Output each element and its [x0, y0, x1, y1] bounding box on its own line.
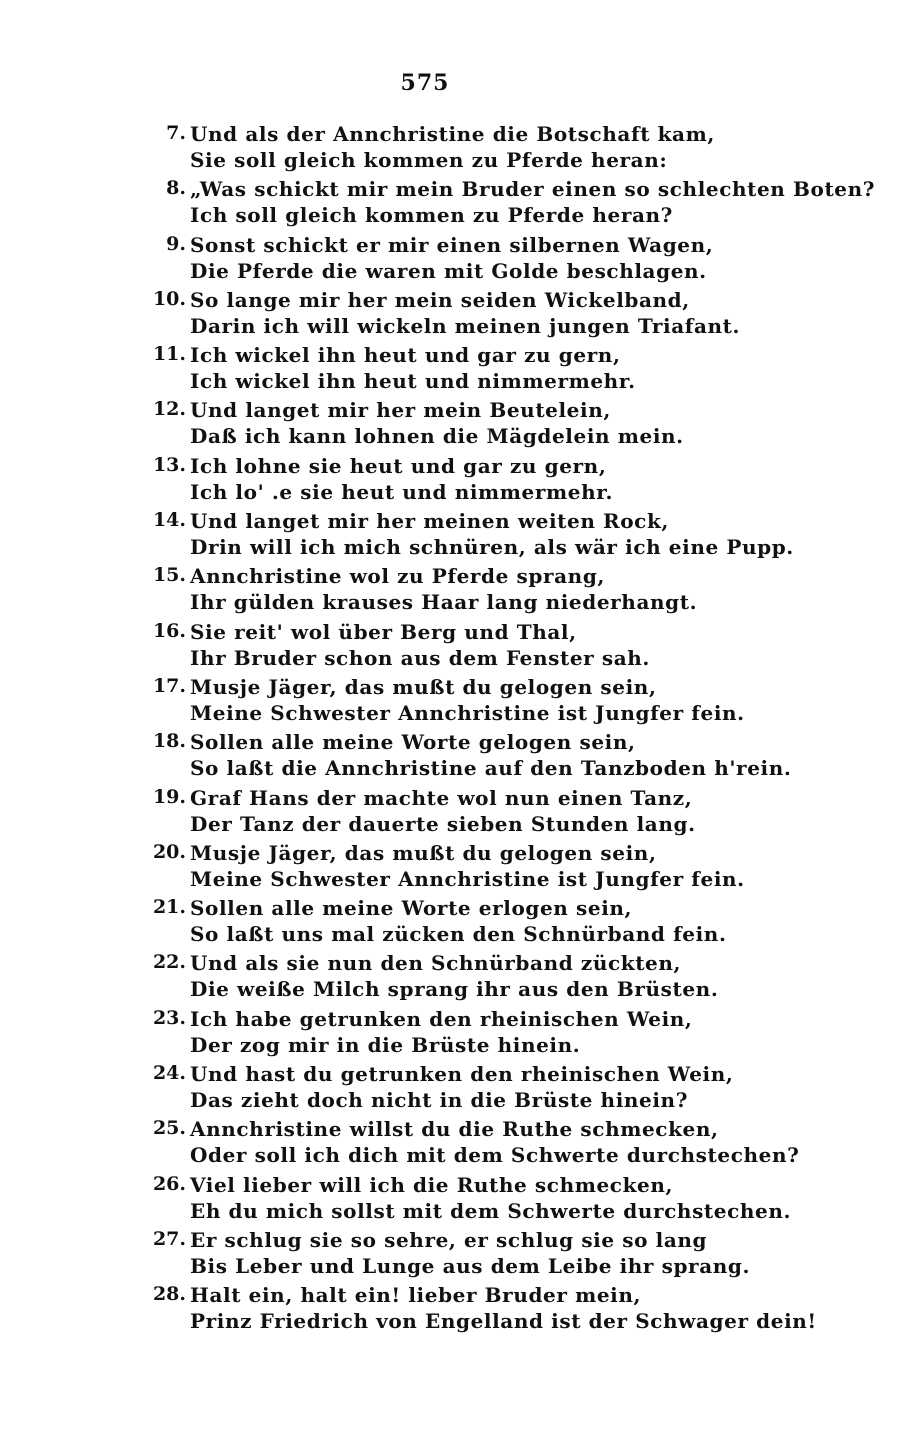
- verse-line: Der Tanz der dauerte sieben Stunden lang…: [190, 812, 696, 836]
- verse-line: Die Pferde die waren mit Golde beschlage…: [190, 259, 707, 283]
- verse-line: Und hast du getrunken den rheinischen We…: [190, 1062, 733, 1086]
- stanza-number: 18.: [120, 730, 186, 752]
- stanza: 8.„Was schickt mir mein Bruder einen so …: [0, 175, 900, 230]
- stanza-number: 16.: [120, 620, 186, 642]
- stanza-number: 13.: [120, 454, 186, 476]
- stanza-number: 14.: [120, 509, 186, 531]
- verse-line: Ich lo' .e sie heut und nimmermehr.: [190, 480, 613, 504]
- verse-line: Ich habe getrunken den rheinischen Wein,: [190, 1007, 692, 1031]
- verse-line: Meine Schwester Annchristine ist Jungfer…: [190, 867, 745, 891]
- verse-line: Der zog mir in die Brüste hinein.: [190, 1033, 580, 1057]
- stanza: 15.Annchristine wol zu Pferde sprang,Ihr…: [0, 562, 900, 617]
- verse-line: Annchristine wol zu Pferde sprang,: [190, 564, 605, 588]
- page-number: 575: [0, 70, 850, 96]
- stanza-number: 10.: [120, 288, 186, 310]
- verse-line: Halt ein, halt ein! lieber Bruder mein,: [190, 1283, 641, 1307]
- verse-line: Annchristine willst du die Ruthe schmeck…: [190, 1117, 719, 1141]
- verse-line: So laßt die Annchristine auf den Tanzbod…: [190, 756, 791, 780]
- verse-line: Und als sie nun den Schnürband zückten,: [190, 951, 681, 975]
- stanza: 17.Musje Jäger, das mußt du gelogen sein…: [0, 673, 900, 728]
- verse-line: Ich wickel ihn heut und gar zu gern,: [190, 343, 621, 367]
- verse-line: Er schlug sie so sehre, er schlug sie so…: [190, 1228, 707, 1252]
- verse-line: Sie reit' wol über Berg und Thal,: [190, 620, 577, 644]
- verse-line: Oder soll ich dich mit dem Schwerte durc…: [190, 1143, 799, 1167]
- stanza: 24.Und hast du getrunken den rheinischen…: [0, 1060, 900, 1115]
- stanza-number: 9.: [120, 233, 186, 255]
- stanza: 11.Ich wickel ihn heut und gar zu gern,I…: [0, 341, 900, 396]
- stanza: 27.Er schlug sie so sehre, er schlug sie…: [0, 1226, 900, 1281]
- poem-stanzas: 7.Und als der Annchristine die Botschaft…: [0, 120, 900, 1337]
- stanza-number: 28.: [120, 1283, 186, 1305]
- verse-line: Darin ich will wickeln meinen jungen Tri…: [190, 314, 740, 338]
- stanza: 22.Und als sie nun den Schnürband zückte…: [0, 949, 900, 1004]
- stanza-number: 19.: [120, 786, 186, 808]
- stanza: 20.Musje Jäger, das mußt du gelogen sein…: [0, 839, 900, 894]
- stanza: 28.Halt ein, halt ein! lieber Bruder mei…: [0, 1281, 900, 1336]
- verse-line: Die weiße Milch sprang ihr aus den Brüst…: [190, 977, 718, 1001]
- stanza-number: 8.: [120, 177, 186, 199]
- verse-line: Sonst schickt er mir einen silbernen Wag…: [190, 233, 713, 257]
- stanza-number: 27.: [120, 1228, 186, 1250]
- stanza-number: 12.: [120, 398, 186, 420]
- verse-line: Eh du mich sollst mit dem Schwerte durch…: [190, 1199, 791, 1223]
- verse-line: Ich soll gleich kommen zu Pferde heran?: [190, 203, 673, 227]
- verse-line: Sollen alle meine Worte gelogen sein,: [190, 730, 636, 754]
- stanza: 26.Viel lieber will ich die Ruthe schmec…: [0, 1171, 900, 1226]
- verse-line: Ihr gülden krauses Haar lang niederhangt…: [190, 590, 697, 614]
- verse-line: Musje Jäger, das mußt du gelogen sein,: [190, 841, 657, 865]
- verse-line: So laßt uns mal zücken den Schnürband fe…: [190, 922, 727, 946]
- verse-line: Bis Leber und Lunge aus dem Leibe ihr sp…: [190, 1254, 750, 1278]
- verse-line: „Was schickt mir mein Bruder einen so sc…: [190, 177, 875, 201]
- verse-line: Und langet mir her meinen weiten Rock,: [190, 509, 669, 533]
- verse-line: Sie soll gleich kommen zu Pferde heran:: [190, 148, 667, 172]
- verse-line: Sollen alle meine Worte erlogen sein,: [190, 896, 632, 920]
- stanza: 18.Sollen alle meine Worte gelogen sein,…: [0, 728, 900, 783]
- verse-line: Ihr Bruder schon aus dem Fenster sah.: [190, 646, 650, 670]
- verse-line: Und langet mir her mein Beutelein,: [190, 398, 611, 422]
- stanza: 14.Und langet mir her meinen weiten Rock…: [0, 507, 900, 562]
- verse-line: Meine Schwester Annchristine ist Jungfer…: [190, 701, 745, 725]
- verse-line: Prinz Friedrich von Engelland ist der Sc…: [190, 1309, 817, 1333]
- stanza-number: 23.: [120, 1007, 186, 1029]
- verse-line: So lange mir her mein seiden Wickelband,: [190, 288, 690, 312]
- stanza-number: 17.: [120, 675, 186, 697]
- verse-line: Daß ich kann lohnen die Mägdelein mein.: [190, 424, 684, 448]
- stanza: 23.Ich habe getrunken den rheinischen We…: [0, 1005, 900, 1060]
- stanza-number: 7.: [120, 122, 186, 144]
- verse-line: Ich wickel ihn heut und nimmermehr.: [190, 369, 636, 393]
- stanza: 12.Und langet mir her mein Beutelein,Daß…: [0, 396, 900, 451]
- verse-line: Musje Jäger, das mußt du gelogen sein,: [190, 675, 657, 699]
- stanza: 25.Annchristine willst du die Ruthe schm…: [0, 1115, 900, 1170]
- stanza: 21.Sollen alle meine Worte erlogen sein,…: [0, 894, 900, 949]
- stanza-number: 15.: [120, 564, 186, 586]
- verse-line: Viel lieber will ich die Ruthe schmecken…: [190, 1173, 673, 1197]
- stanza-number: 22.: [120, 951, 186, 973]
- stanza: 10.So lange mir her mein seiden Wickelba…: [0, 286, 900, 341]
- verse-line: Ich lohne sie heut und gar zu gern,: [190, 454, 606, 478]
- stanza: 16.Sie reit' wol über Berg und Thal,Ihr …: [0, 618, 900, 673]
- stanza-number: 24.: [120, 1062, 186, 1084]
- stanza-number: 20.: [120, 841, 186, 863]
- stanza: 7.Und als der Annchristine die Botschaft…: [0, 120, 900, 175]
- stanza: 9.Sonst schickt er mir einen silbernen W…: [0, 231, 900, 286]
- stanza: 19.Graf Hans der machte wol nun einen Ta…: [0, 784, 900, 839]
- stanza-number: 21.: [120, 896, 186, 918]
- stanza: 13.Ich lohne sie heut und gar zu gern,Ic…: [0, 452, 900, 507]
- verse-line: Graf Hans der machte wol nun einen Tanz,: [190, 786, 692, 810]
- verse-line: Und als der Annchristine die Botschaft k…: [190, 122, 715, 146]
- stanza-number: 11.: [120, 343, 186, 365]
- verse-line: Drin will ich mich schnüren, als wär ich…: [190, 535, 794, 559]
- stanza-number: 26.: [120, 1173, 186, 1195]
- stanza-number: 25.: [120, 1117, 186, 1139]
- verse-line: Das zieht doch nicht in die Brüste hinei…: [190, 1088, 688, 1112]
